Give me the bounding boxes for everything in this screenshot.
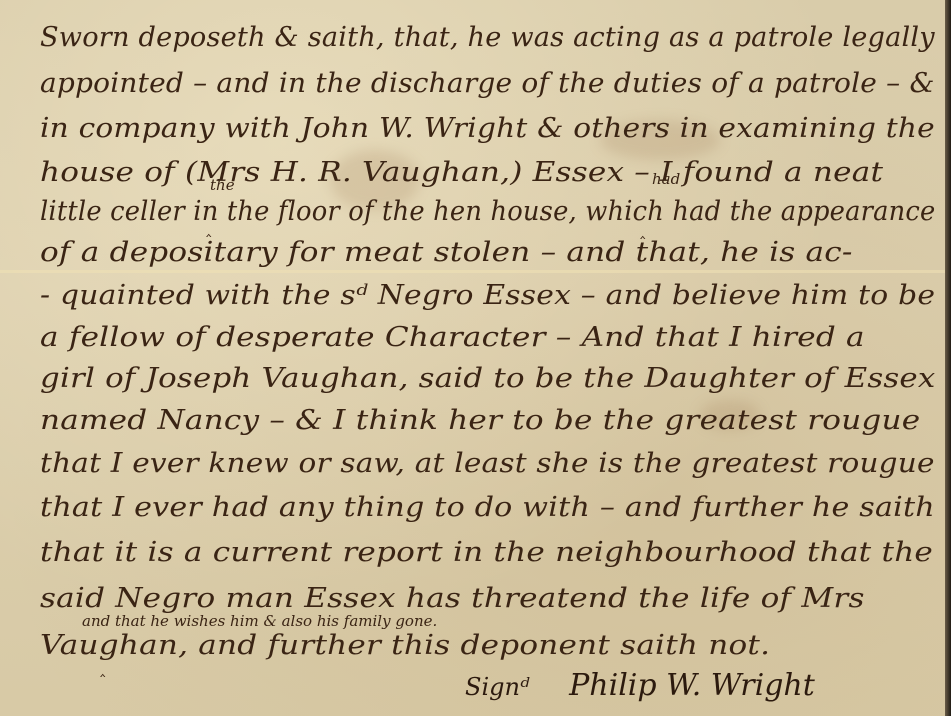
text-line-2: appointed – and in the discharge of the …	[40, 68, 935, 99]
interlineation-the: the	[210, 176, 235, 194]
interlineation-vaughan-insert: and that he wishes him & also his family…	[82, 612, 437, 630]
text-line-1: Sworn deposeth & saith, that, he was act…	[40, 22, 935, 53]
signature-name: Philip W. Wright	[569, 668, 815, 703]
page-edge	[945, 0, 951, 716]
text-line-15: Vaughan, and further this deponent saith…	[40, 630, 770, 661]
text-line-7: - quainted with the sᵈ Negro Essex – and…	[40, 280, 935, 311]
text-line-13: that it is a current report in the neigh…	[40, 537, 933, 568]
interlineation-had: had	[652, 170, 680, 188]
text-line-11: that I ever knew or saw, at least she is…	[40, 448, 935, 479]
text-line-14: said Negro man Essex has threatend the l…	[40, 583, 865, 614]
text-line-6: of a depositary for meat stolen – and th…	[40, 237, 853, 268]
text-line-3: in company with John W. Wright & others …	[40, 113, 935, 144]
text-line-10: named Nancy – & I think her to be the gr…	[40, 405, 920, 436]
insertion-caret: ‸	[100, 658, 105, 677]
signature: Signᵈ Philip W. Wright	[465, 668, 815, 703]
text-line-12: that I ever had any thing to do with – a…	[40, 492, 935, 523]
manuscript-page: Sworn deposeth & saith, that, he was act…	[0, 0, 945, 716]
text-line-4: house of (Mrs H. R. Vaughan,) Essex – I …	[40, 157, 883, 188]
signature-label: Signᵈ	[465, 673, 530, 701]
text-line-5: little celler in the floor of the hen ho…	[40, 196, 935, 227]
text-line-9: girl of Joseph Vaughan, said to be the D…	[40, 363, 936, 394]
text-line-8: a fellow of desperate Character – And th…	[40, 322, 865, 353]
paper-fold	[0, 270, 945, 273]
